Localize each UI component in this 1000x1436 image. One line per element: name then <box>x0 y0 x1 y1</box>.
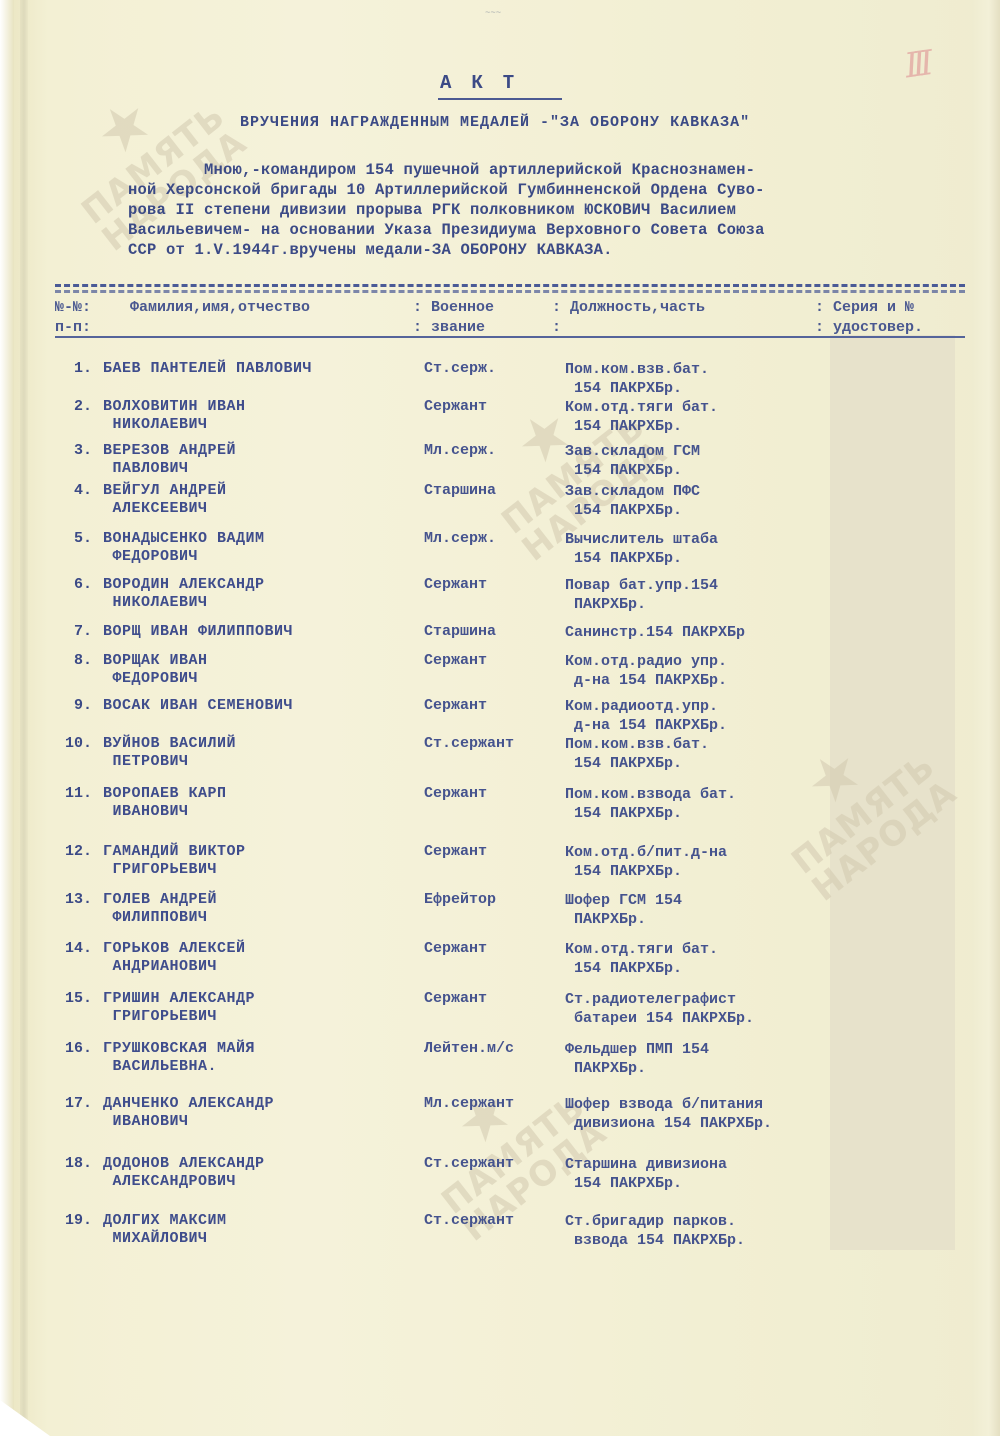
military-rank: Ст.сержант <box>424 735 514 752</box>
recipient-name: ВЕРЕЗОВ АНДРЕЙ ПАВЛОВИЧ <box>103 442 236 478</box>
recipient-name: ВЕЙГУЛ АНДРЕЙ АЛЕКСЕЕВИЧ <box>103 482 227 518</box>
row-number: 18. <box>52 1155 92 1172</box>
recipient-name: ГОРЬКОВ АЛЕКСЕЙ АНДРИАНОВИЧ <box>103 940 246 976</box>
military-rank: Сержант <box>424 940 487 957</box>
recipient-name: ВОНАДЫСЕНКО ВАДИМ ФЕДОРОВИЧ <box>103 530 265 566</box>
position-unit: Ком.отд.тяги бат. 154 ПАКРХБр. <box>565 940 718 978</box>
position-unit: Ст.бригадир парков. взвода 154 ПАКРХБр. <box>565 1212 745 1250</box>
military-rank: Сержант <box>424 785 487 802</box>
row-number: 3. <box>52 442 92 459</box>
position-unit: Пом.ком.взв.бат. 154 ПАКРХБр. <box>565 360 709 398</box>
row-number: 5. <box>52 530 92 547</box>
position-unit: Пом.ком.взвода бат. 154 ПАКРХБр. <box>565 785 736 823</box>
recipient-name: ДОДОНОВ АЛЕКСАНДР АЛЕКСАНДРОВИЧ <box>103 1155 265 1191</box>
header-cert: : Серия и № <box>815 297 914 318</box>
recipient-name: ГАМАНДИЙ ВИКТОР ГРИГОРЬЕВИЧ <box>103 843 246 879</box>
recipient-name: ДАНЧЕНКО АЛЕКСАНДР ИВАНОВИЧ <box>103 1095 274 1131</box>
row-number: 12. <box>52 843 92 860</box>
position-unit: Зав.складом ПФС 154 ПАКРХБр. <box>565 482 700 520</box>
header-rank: : звание <box>413 317 485 338</box>
row-number: 7. <box>52 623 92 640</box>
preamble-text: Мною,-командиром 154 пушечной артиллерий… <box>128 160 968 260</box>
table-top-rule <box>55 284 965 287</box>
military-rank: Ст.сержант <box>424 1155 514 1172</box>
position-unit: Фельдшер ПМП 154 ПАКРХБр. <box>565 1040 709 1078</box>
position-unit: Вычислитель штаба 154 ПАКРХБр. <box>565 530 718 568</box>
military-rank: Лейтен.м/с <box>424 1040 514 1057</box>
recipient-name: ДОЛГИХ МАКСИМ МИХАЙЛОВИЧ <box>103 1212 227 1248</box>
page-fold <box>20 0 28 1436</box>
header-cert: : удостовер. <box>815 317 923 338</box>
military-rank: Мл.серж. <box>424 530 496 547</box>
military-rank: Старшина <box>424 623 496 640</box>
position-unit: Ком.отд.б/пит.д-на 154 ПАКРХБр. <box>565 843 727 881</box>
recipient-name: ГОЛЕВ АНДРЕЙ ФИЛИППОВИЧ <box>103 891 217 927</box>
military-rank: Сержант <box>424 652 487 669</box>
military-rank: Ст.серж. <box>424 360 496 377</box>
recipient-name: БАЕВ ПАНТЕЛЕЙ ПАВЛОВИЧ <box>103 360 312 378</box>
page-edge <box>0 0 14 1436</box>
position-unit: Ком.отд.радио упр. д-на 154 ПАКРХБр. <box>565 652 727 690</box>
position-unit: Повар бат.упр.154 ПАКРХБр. <box>565 576 718 614</box>
recipient-name: ВОРОПАЕВ КАРП ИВАНОВИЧ <box>103 785 227 821</box>
document-title: АКТ <box>440 72 534 94</box>
header-num: п-п: <box>55 317 91 338</box>
table-header-rule <box>55 336 965 338</box>
position-unit: Шофер ГСМ 154 ПАКРХБр. <box>565 891 682 929</box>
military-rank: Сержант <box>424 398 487 415</box>
military-rank: Старшина <box>424 482 496 499</box>
row-number: 17. <box>52 1095 92 1112</box>
row-number: 14. <box>52 940 92 957</box>
row-number: 1. <box>52 360 92 377</box>
position-unit: Пом.ком.взв.бат. 154 ПАКРХБр. <box>565 735 709 773</box>
recipient-name: ГРУШКОВСКАЯ МАЙЯ ВАСИЛЬЕВНА. <box>103 1040 255 1076</box>
title-underline <box>438 98 562 100</box>
position-unit: Санинстр.154 ПАКРХБр <box>565 623 745 642</box>
military-rank: Сержант <box>424 576 487 593</box>
recipient-name: ВОСАК ИВАН СЕМЕНОВИЧ <box>103 697 293 715</box>
recipient-name: ГРИШИН АЛЕКСАНДР ГРИГОРЬЕВИЧ <box>103 990 255 1026</box>
row-number: 19. <box>52 1212 92 1229</box>
military-rank: Сержант <box>424 990 487 1007</box>
military-rank: Сержант <box>424 697 487 714</box>
row-number: 9. <box>52 697 92 714</box>
header-post: : Должность,часть <box>552 297 705 318</box>
military-rank: Мл.сержант <box>424 1095 514 1112</box>
header-name: Фамилия,имя,отчество <box>130 297 310 318</box>
header-rank: : Военное <box>413 297 494 318</box>
recipient-name: ВОРЩАК ИВАН ФЕДОРОВИЧ <box>103 652 208 688</box>
header-num: №-№: <box>55 297 91 318</box>
position-unit: Ст.радиотелеграфист батареи 154 ПАКРХБр. <box>565 990 754 1028</box>
military-rank: Сержант <box>424 843 487 860</box>
recipient-name: ВУЙНОВ ВАСИЛИЙ ПЕТРОВИЧ <box>103 735 236 771</box>
row-number: 2. <box>52 398 92 415</box>
document-subtitle: ВРУЧЕНИЯ НАГРАЖДЕННЫМ МЕДАЛЕЙ -"ЗА ОБОРО… <box>240 114 750 131</box>
row-number: 6. <box>52 576 92 593</box>
page-edge-right <box>972 0 1000 1436</box>
recipient-name: ВОЛХОВИТИН ИВАН НИКОЛАЕВИЧ <box>103 398 246 434</box>
row-number: 11. <box>52 785 92 802</box>
position-unit: Зав.складом ГСМ 154 ПАКРХБр. <box>565 442 700 480</box>
header-post: : <box>552 317 561 338</box>
redacted-column <box>830 335 955 1250</box>
row-number: 15. <box>52 990 92 1007</box>
military-rank: Ст.сержант <box>424 1212 514 1229</box>
position-unit: Шофер взвода б/питания дивизиона 154 ПАК… <box>565 1095 772 1133</box>
torn-corner <box>0 1400 50 1436</box>
top-mark: ~~~ <box>485 8 501 18</box>
military-rank: Ефрейтор <box>424 891 496 908</box>
position-unit: Ком.отд.тяги бат. 154 ПАКРХБр. <box>565 398 718 436</box>
position-unit: Ком.радиоотд.упр. д-на 154 ПАКРХБр. <box>565 697 727 735</box>
row-number: 16. <box>52 1040 92 1057</box>
recipient-name: ВОРЩ ИВАН ФИЛИППОВИЧ <box>103 623 293 641</box>
military-rank: Мл.серж. <box>424 442 496 459</box>
row-number: 8. <box>52 652 92 669</box>
row-number: 10. <box>52 735 92 752</box>
position-unit: Старшина дивизиона 154 ПАКРХБр. <box>565 1155 727 1193</box>
table-top-rule <box>55 290 965 293</box>
recipient-name: ВОРОДИН АЛЕКСАНДР НИКОЛАЕВИЧ <box>103 576 265 612</box>
row-number: 4. <box>52 482 92 499</box>
row-number: 13. <box>52 891 92 908</box>
